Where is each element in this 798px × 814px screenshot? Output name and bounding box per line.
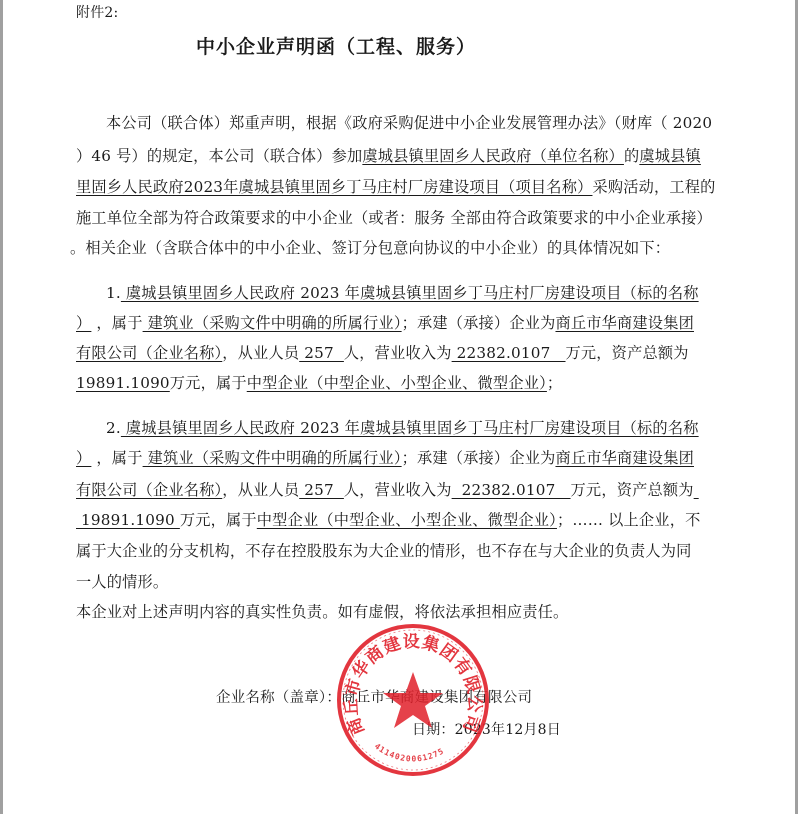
item-industry: 建筑业（采购文件中明确的所属行业） xyxy=(143,314,402,332)
item-text: 万元，属于 xyxy=(180,511,257,529)
item-revenue: 22382.0107 xyxy=(452,344,566,362)
item-text: ；承建（承接）企业为 xyxy=(402,314,556,332)
item-scale: 中型企业（中型企业、小型企业、微型企业） xyxy=(247,374,547,392)
item-company: 商丘市华商建设集团 xyxy=(555,449,694,467)
closing-line-1: 属于大企业的分支机构，不存在控股股东为大企业的情形，也不存在与大企业的负责人为同 xyxy=(76,541,692,561)
item-text: ，属于 xyxy=(91,449,142,467)
document-page: 附件2: 中小企业声明函（工程、服务） 本公司（联合体）郑重声明，根据《政府采购… xyxy=(0,0,798,814)
closing-line-2: 一人的情形。 xyxy=(76,572,168,592)
company-name: 商丘市华商建设集团有限公司 xyxy=(341,690,532,706)
project-name-start: 虞城县镇 xyxy=(639,147,701,165)
item-number: 1. xyxy=(106,284,121,302)
item-1-line-2: ） ，属于 建筑业（采购文件中明确的所属行业）；承建（承接）企业为商丘市华商建设… xyxy=(76,313,694,333)
item-text: ，从业人员 xyxy=(222,481,299,499)
item-text: ；承建（承接）企业为 xyxy=(402,449,556,467)
seal-code: 4114020061275 xyxy=(373,742,446,764)
item-staff: 257 xyxy=(299,481,344,499)
unit-name: 虞城县镇里固乡人民政府（单位名称） xyxy=(362,147,624,165)
item-project: 虞城县镇里固乡人民政府 2023 年虞城县镇里固乡丁马庄村厂房建设项目（标的名称 xyxy=(121,284,699,302)
company-label: 企业名称（盖章）： xyxy=(216,690,341,706)
item-text: 人，营业收入为 xyxy=(344,481,452,499)
item-company-cont: 有限公司（企业名称） xyxy=(76,344,222,362)
item-scale: 中型企业（中型企业、小型企业、微型企业） xyxy=(257,511,557,529)
item-assets: 19891.1090 xyxy=(76,374,170,392)
item-company-cont: 有限公司（企业名称） xyxy=(76,481,222,499)
item-project-end: ） xyxy=(76,449,91,467)
intro-text: ）46 号）的规定，本公司（联合体）参加 xyxy=(76,147,362,165)
item-revenue: 22382.0107 xyxy=(452,481,571,499)
item-2-line-1: 2. 虞城县镇里固乡人民政府 2023 年虞城县镇里固乡丁马庄村厂房建设项目（标… xyxy=(106,418,699,438)
item-text: 万元，属于 xyxy=(170,374,247,392)
intro-line-2: ）46 号）的规定，本公司（联合体）参加虞城县镇里固乡人民政府（单位名称）的虞城… xyxy=(76,146,701,166)
item-1-line-1: 1. 虞城县镇里固乡人民政府 2023 年虞城县镇里固乡丁马庄村厂房建设项目（标… xyxy=(106,283,699,303)
project-name: 里固乡人民政府2023年虞城县镇里固乡丁马庄村厂房建设项目（项目名称） xyxy=(76,178,592,196)
item-text: ；…… 以上企业，不 xyxy=(557,511,701,529)
signature-date-line: 日期：2023年12月8日 xyxy=(412,720,561,740)
item-text: ； xyxy=(547,374,562,392)
item-text: 人，营业收入为 xyxy=(344,344,452,362)
intro-line-4: 施工单位全部为符合政策要求的中小企业（或者：服务 全部由符合政策要求的中小企业承… xyxy=(76,208,712,228)
intro-text: 采购活动，工程的 xyxy=(592,178,715,196)
item-2-line-4: 19891.1090 万元，属于中型企业（中型企业、小型企业、微型企业）；…… … xyxy=(76,510,700,530)
intro-line-3: 里固乡人民政府2023年虞城县镇里固乡丁马庄村厂房建设项目（项目名称）采购活动，… xyxy=(76,177,716,197)
item-industry: 建筑业（采购文件中明确的所属行业） xyxy=(143,449,402,467)
date-value: 2023年12月8日 xyxy=(455,722,561,738)
item-number: 2. xyxy=(106,419,121,437)
item-company: 商丘市华商建设集团 xyxy=(555,314,694,332)
item-text: 万元，资产总额为 xyxy=(566,344,689,362)
intro-line-5: 。相关企业（含联合体中的中小企业、签订分包意向协议的中小企业）的具体情况如下： xyxy=(70,238,670,258)
attachment-label: 附件2: xyxy=(76,3,118,23)
item-1-line-3: 有限公司（企业名称），从业人员 257 人，营业收入为 22382.0107 万… xyxy=(76,343,689,363)
date-label: 日期： xyxy=(412,722,455,738)
intro-line-1: 本公司（联合体）郑重声明，根据《政府采购促进中小企业发展管理办法》（财库（ 20… xyxy=(106,113,712,133)
item-project-end: ） xyxy=(76,314,91,332)
item-text: 万元，资产总额为 xyxy=(571,481,694,499)
item-assets: 19891.1090 xyxy=(76,511,180,529)
item-1-line-4: 19891.1090万元，属于中型企业（中型企业、小型企业、微型企业）； xyxy=(76,373,562,393)
intro-text: 的 xyxy=(624,147,639,165)
item-staff: 257 xyxy=(299,344,344,362)
item-assets-lead xyxy=(694,481,699,499)
item-text: ，从业人员 xyxy=(222,344,299,362)
document-title: 中小企业声明函（工程、服务） xyxy=(196,37,476,57)
item-2-line-2: ） ，属于 建筑业（采购文件中明确的所属行业）；承建（承接）企业为商丘市华商建设… xyxy=(76,448,694,468)
svg-text:4114020061275: 4114020061275 xyxy=(373,742,446,764)
item-2-line-3: 有限公司（企业名称），从业人员 257 人，营业收入为 22382.0107 万… xyxy=(76,480,699,500)
signature-company-line: 企业名称（盖章）：商丘市华商建设集团有限公司 xyxy=(216,688,532,708)
item-text: ，属于 xyxy=(91,314,142,332)
item-project: 虞城县镇里固乡人民政府 2023 年虞城县镇里固乡丁马庄村厂房建设项目（标的名称 xyxy=(121,419,699,437)
closing-line-3: 本企业对上述声明内容的真实性负责。如有虚假，将依法承担相应责任。 xyxy=(76,602,568,622)
